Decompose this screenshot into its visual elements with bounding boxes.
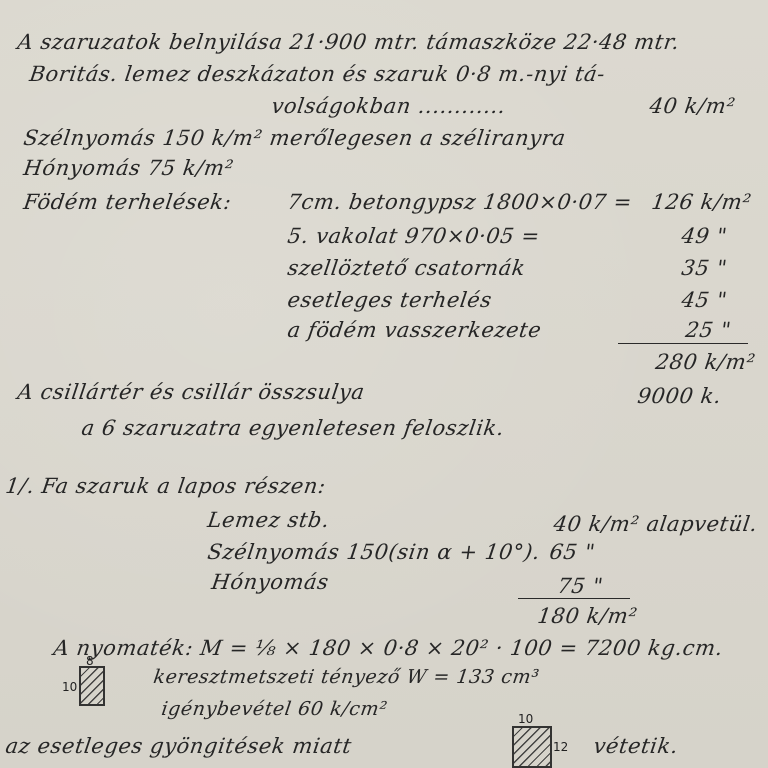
- sum-rule: [618, 343, 748, 344]
- section-1-item-value: 65 ": [548, 540, 597, 564]
- chandelier-line-2: a 6 szaruzatra egyenletesen feloszlik.: [80, 416, 506, 440]
- cross-section-8x10-icon: [79, 666, 105, 706]
- cross-section-10x12-icon: [512, 726, 552, 768]
- chandelier-line-1: A csillártér és csillár összsulya: [16, 380, 366, 404]
- floor-load-item-value: 49 ": [680, 224, 729, 248]
- section-1-item-value: 40 k/m² alapvetül.: [552, 512, 759, 536]
- final-line-value: vétetik.: [592, 734, 680, 758]
- chandelier-weight: 9000 k.: [636, 384, 723, 408]
- section-1-heading: 1/. Fa szaruk a lapos részen:: [4, 474, 328, 498]
- floor-load-item-text: szellöztető csatornák: [286, 256, 527, 280]
- snow-pressure-line: Hónyomás 75 k/m²: [22, 156, 235, 180]
- box-2-height-label: 12: [553, 740, 568, 754]
- floor-loads-label: Födém terhelések:: [22, 190, 233, 214]
- floor-load-item-text: 5. vakolat 970×0·05 =: [286, 224, 541, 248]
- intro-line-3-text: volságokban ............: [270, 94, 507, 118]
- document-page: A szaruzatok belnyilása 21·900 mtr. táma…: [0, 0, 768, 768]
- floor-load-item-text: 7cm. betongypsz 1800×0·07 =: [286, 190, 634, 214]
- floor-load-item-value: 25 ": [684, 318, 733, 342]
- floor-load-item-value: 35 ": [680, 256, 729, 280]
- floor-loads-total: 280 k/m²: [654, 350, 757, 374]
- section-1-item-text: Lemez stb.: [206, 508, 331, 532]
- floor-load-item-value: 126 k/m²: [650, 190, 753, 214]
- section-modulus-line: keresztmetszeti tényező W = 133 cm³: [152, 666, 541, 688]
- box-1-height-label: 10: [62, 680, 77, 694]
- section-1-total: 180 k/m²: [536, 604, 639, 628]
- stress-line: igénybevétel 60 k/cm²: [160, 698, 389, 720]
- final-line-text: az esetleges gyöngitések miatt: [4, 734, 353, 758]
- section-1-item-text: Szélnyomás 150(sin α + 10°).: [206, 540, 542, 564]
- floor-load-item-value: 45 ": [680, 288, 729, 312]
- intro-line-2: Boritás. lemez deszkázaton és szaruk 0·8…: [28, 62, 607, 86]
- section-1-item-text: Hónyomás: [210, 570, 330, 594]
- section-1-item-value: 75 ": [556, 574, 605, 598]
- wind-pressure-line: Szélnyomás 150 k/m² merőlegesen a szélir…: [22, 126, 567, 150]
- sum-rule: [518, 598, 630, 599]
- moment-formula: A nyomaték: M = ⅛ × 180 × 0·8 × 20² · 10…: [52, 636, 725, 660]
- intro-line-3-value: 40 k/m²: [648, 94, 737, 118]
- intro-line-1: A szaruzatok belnyilása 21·900 mtr. táma…: [16, 30, 681, 54]
- floor-load-item-text: esetleges terhelés: [286, 288, 493, 312]
- box-2-width-label: 10: [518, 712, 533, 726]
- floor-load-item-text: a födém vasszerkezete: [286, 318, 543, 342]
